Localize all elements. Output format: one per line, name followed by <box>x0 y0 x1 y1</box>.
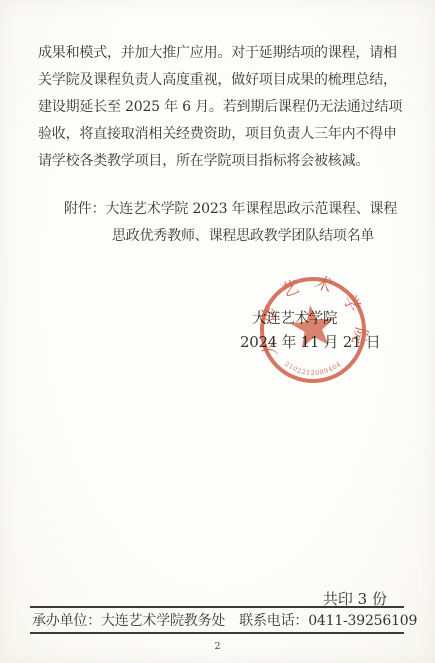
footer-divider-bottom <box>30 632 404 634</box>
issuing-unit: 承办单位：大连艺术学院教务处 <box>32 613 225 629</box>
footer-divider-top <box>30 606 404 608</box>
official-seal-stamp: 大连艺术学院 2102212089404 <box>255 272 371 388</box>
seal-serial-number: 2102212089404 <box>283 360 343 377</box>
document-page: 成果和模式，并加大推广应用。对于延期结项的课程，请相 关学院及课程负责人高度重视… <box>0 0 435 663</box>
attachment-line: 思政优秀教师、课程思政教学团队结项名单 <box>112 223 414 250</box>
body-paragraph: 成果和模式，并加大推广应用。对于延期结项的课程，请相 关学院及课程负责人高度重视… <box>38 40 408 175</box>
seal-ring <box>262 279 364 381</box>
contact-phone: 联系电话：0411-39256109 <box>239 613 417 629</box>
attachment-note: 附件：大连艺术学院 2023 年课程思政示范课程、课程 思政优秀教师、课程思政教… <box>64 196 414 250</box>
para-line: 关学院及课程负责人高度重视，做好项目成果的梳理总结， <box>38 67 408 94</box>
para-line: 成果和模式，并加大推广应用。对于延期结项的课程，请相 <box>38 40 408 67</box>
attachment-line: 附件：大连艺术学院 2023 年课程思政示范课程、课程 <box>64 196 414 223</box>
page-number: 2 <box>0 641 435 652</box>
para-line: 请学校各类教学项目，所在学院项目指标将会被核减。 <box>38 148 408 175</box>
para-line: 验收，将直接取消相关经费资助，项目负责人三年内不得申 <box>38 121 408 148</box>
para-line: 建设期延长至 2025 年 6 月。若到期后课程仍无法通过结项 <box>38 94 408 121</box>
footer-issuer-line: 承办单位：大连艺术学院教务处联系电话：0411-39256109 <box>32 610 412 630</box>
signature-org-name: 大连艺术学院 <box>252 307 337 328</box>
signature-date: 2024 年 11 月 21 日 <box>240 331 380 352</box>
